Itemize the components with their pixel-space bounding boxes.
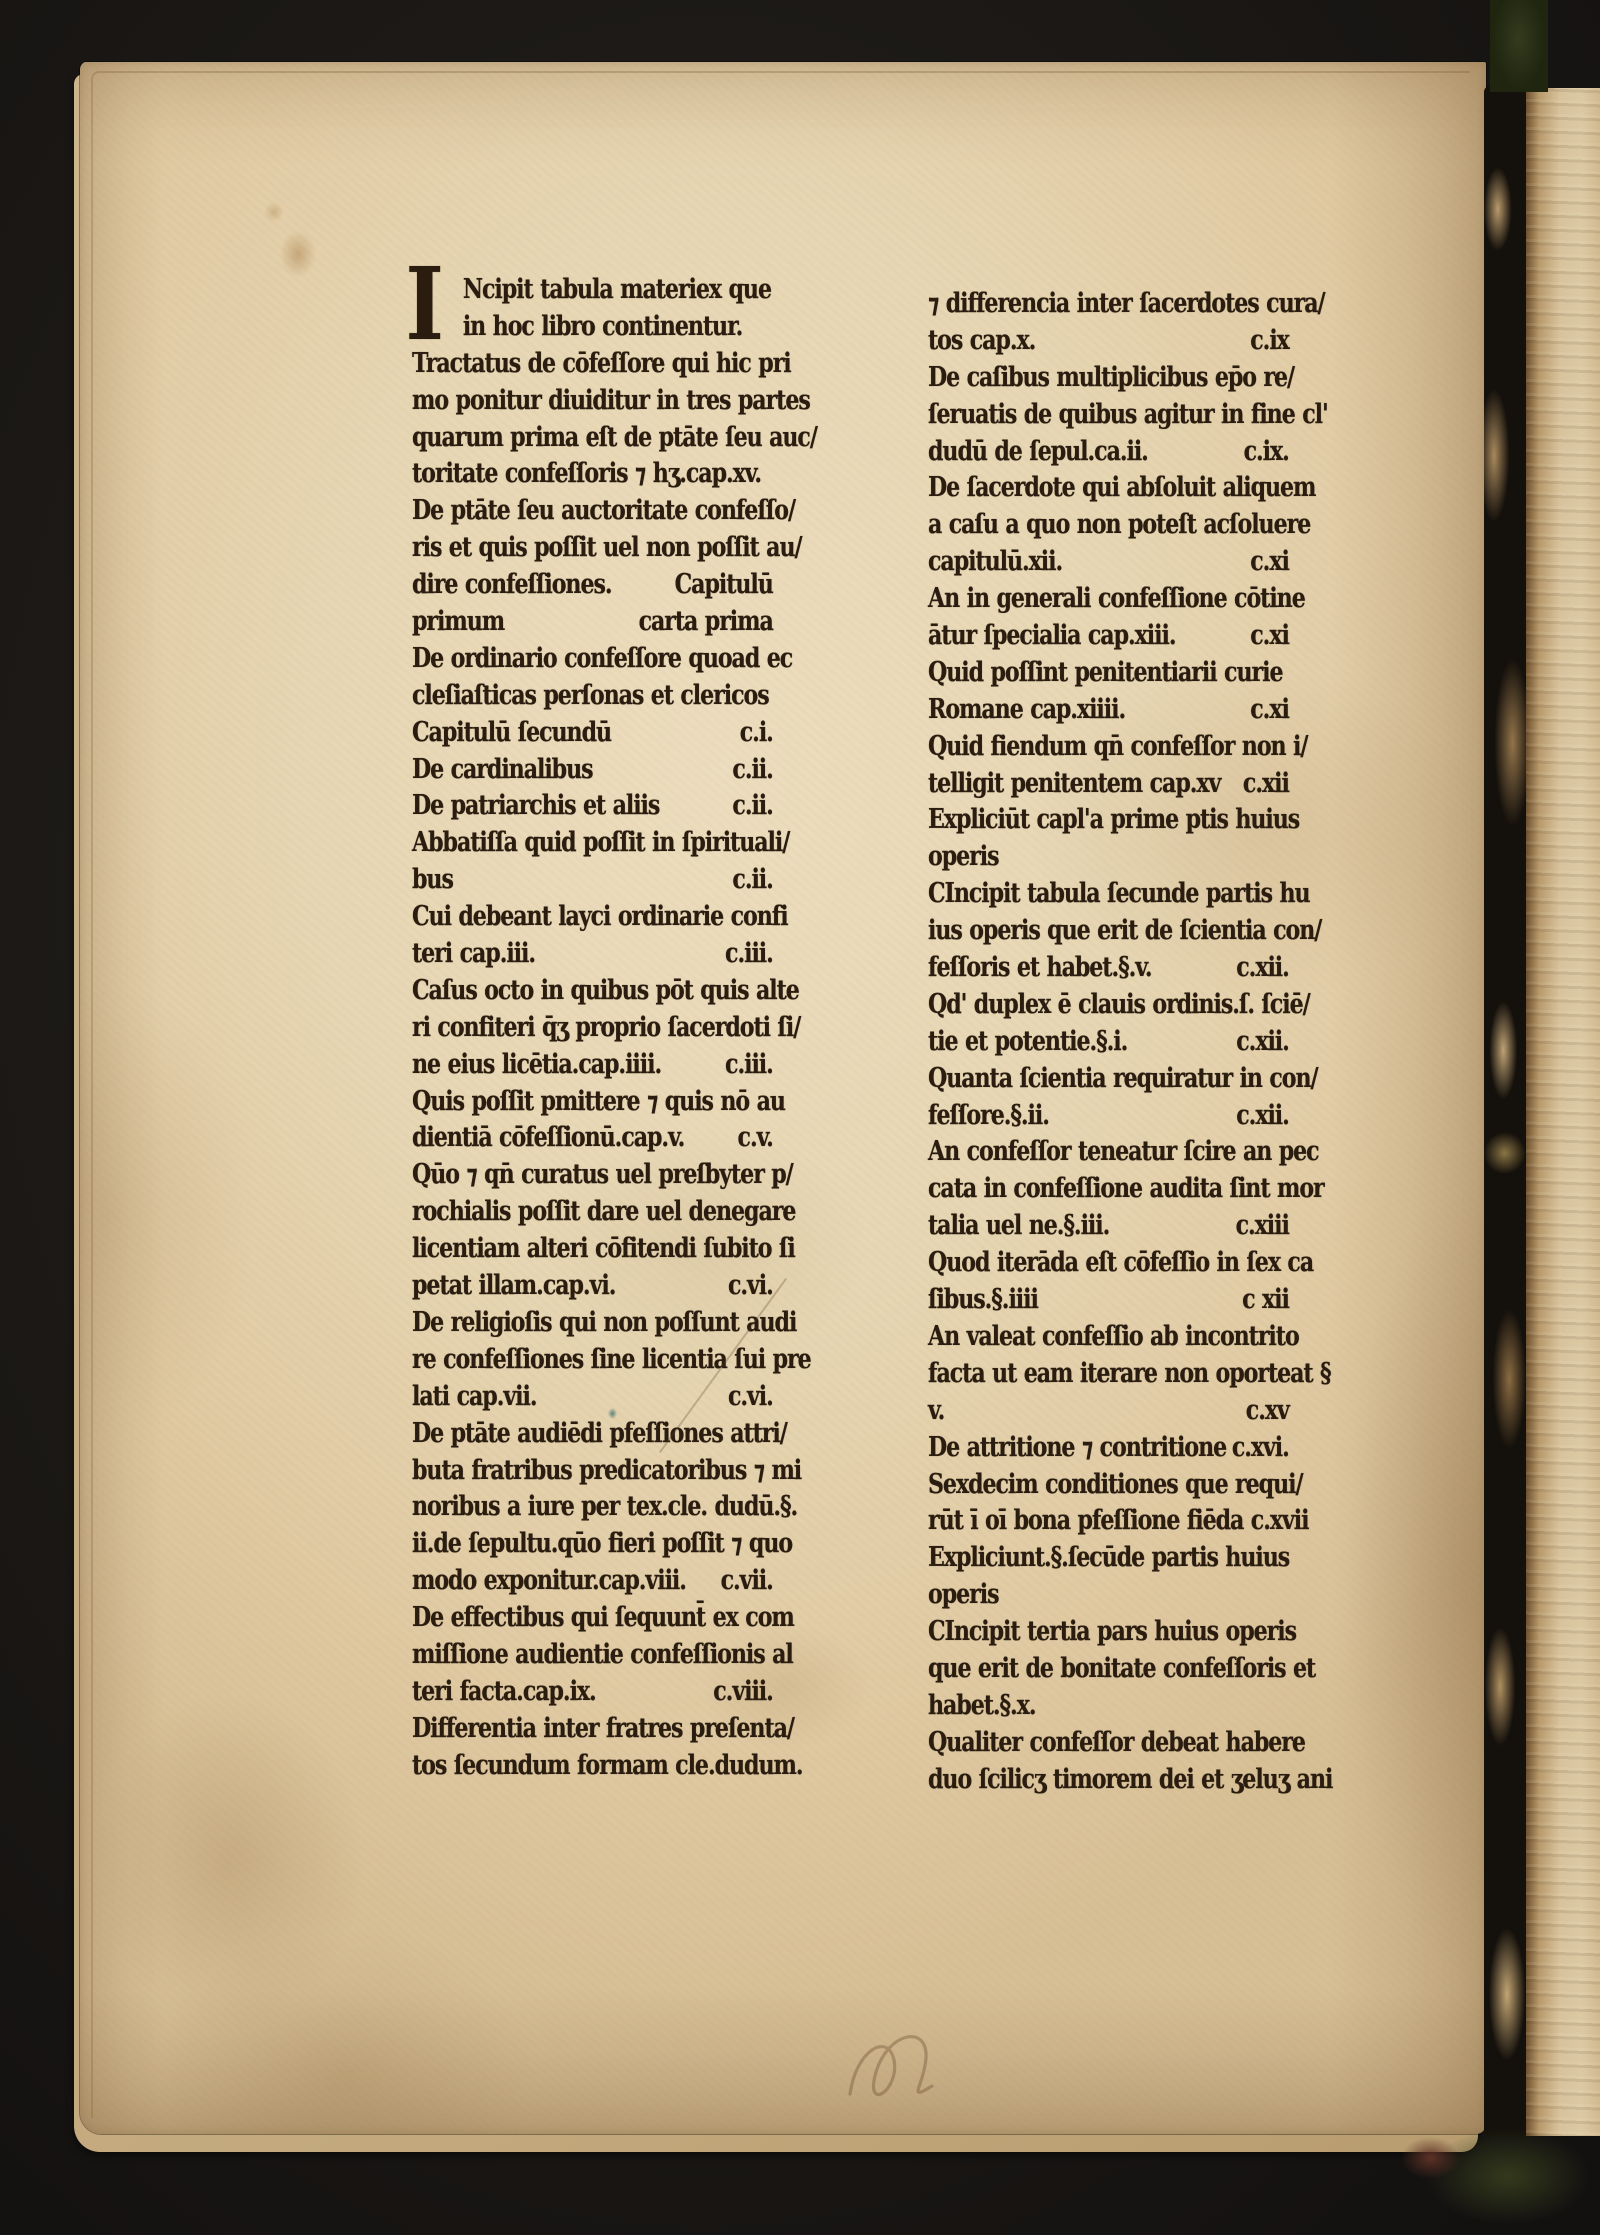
faded-marginalia-squiggle <box>836 2002 986 2132</box>
toc-line-text: Capitulū ſecundū <box>412 715 611 752</box>
toc-line-text: ri confiteri q̄ʒ proprio ſacerdoti ſi/ <box>412 1012 800 1043</box>
toc-line-text: modo exponitur.cap.viii. <box>412 1563 686 1600</box>
toc-line-text: in hoc libro continentur. <box>463 311 742 342</box>
toc-line: ātur ſpecialia cap.xiii.c.xi <box>928 618 1289 655</box>
toc-line: facta ut eam iterare non oporteat § <box>928 1356 1289 1393</box>
toc-line-text: primum <box>412 604 504 641</box>
toc-line: Expliciūt capl'a prime ptis huius <box>928 802 1289 839</box>
toc-line: toritate confeſſoris ⁊ hʒ.cap.xv. <box>412 456 773 493</box>
toc-line-folio-ref: c.vi. <box>728 1379 773 1416</box>
toc-line-text: teri facta.cap.ix. <box>412 1674 596 1711</box>
facing-page-edge <box>1526 88 1600 2136</box>
toc-line-text: CIncipit tabula ſecunde partis hu <box>928 878 1310 909</box>
toc-line-text: cata in confeſſione audita ſint mor <box>928 1173 1324 1204</box>
toc-line: Differentia inter fratres preſenta/ <box>412 1711 773 1748</box>
toc-line-text: ⁊ differencia inter ſacerdotes cura/ <box>928 288 1324 319</box>
book-page: INcipit tabula materiex quein hoc libro … <box>80 62 1486 2134</box>
toc-line-text: Expliciūt capl'a prime ptis huius <box>928 804 1299 835</box>
toc-line-text: dientiā cōfeſſionū.cap.v. <box>412 1120 684 1157</box>
green-felt-bottom <box>1396 2128 1600 2235</box>
toc-line-text: ātur ſpecialia cap.xiii. <box>928 618 1175 655</box>
toc-line: feſſoris et habet.§.v.c.xii. <box>928 950 1289 987</box>
toc-line: rochialis poſſit dare uel denegare <box>412 1194 773 1231</box>
toc-line-text: ii.de ſepultu.qūo fieri poſſit ⁊ quo <box>412 1528 792 1559</box>
toc-line: primumcarta prima <box>412 604 773 641</box>
toc-line-text: telligit penitentem cap.xv <box>928 766 1220 803</box>
toc-line-text: An valeat confeſſio ab incontrito <box>928 1321 1299 1352</box>
toc-line: talia uel ne.§.iii.c.xiii <box>928 1208 1289 1245</box>
toc-line-text: talia uel ne.§.iii. <box>928 1208 1109 1245</box>
toc-line-text: Qualiter confeſſor debeat habere <box>928 1727 1305 1758</box>
toc-line-text: bus <box>412 862 453 899</box>
toc-line-folio-ref: c.ii. <box>732 862 772 899</box>
binding-gutter-damage <box>1484 86 1530 2138</box>
toc-line: Abbatiſſa quid poſſit in ſpirituali/ <box>412 825 773 862</box>
toc-line: que erit de bonitate confeſſoris et <box>928 1651 1289 1688</box>
toc-line-folio-ref: c.xii. <box>1236 950 1289 987</box>
toc-line: ris et quis poſſit uel non poſſit au/ <box>412 530 773 567</box>
toc-line: An confeſſor teneatur ſcire an pec <box>928 1134 1289 1171</box>
toc-line: habet.§.x. <box>928 1688 1289 1725</box>
toc-line-text: De cardinalibus <box>412 752 593 789</box>
toc-line: tos ſecundum formam cle.dudum. <box>412 1748 773 1785</box>
toc-column-left: INcipit tabula materiex quein hoc libro … <box>412 272 773 1785</box>
toc-line: Qualiter confeſſor debeat habere <box>928 1725 1289 1762</box>
toc-line-text: Expliciunt.§.ſecūde partis huius <box>928 1542 1289 1573</box>
toc-line: cata in confeſſione audita ſint mor <box>928 1171 1289 1208</box>
toc-line-text: An confeſſor teneatur ſcire an pec <box>928 1136 1319 1167</box>
toc-line-folio-ref: c.iii. <box>725 936 773 973</box>
toc-line: teri facta.cap.ix.c.viii. <box>412 1674 773 1711</box>
toc-line: operis <box>928 839 1289 876</box>
toc-line-folio-ref: c.i. <box>740 715 773 752</box>
toc-line-text: buta fratribus predicatoribus ⁊ mi <box>412 1455 801 1486</box>
toc-line-text: CIncipit tertia pars huius operis <box>928 1616 1296 1647</box>
toc-line: An in generali confeſſione cōtine <box>928 581 1289 618</box>
toc-line-folio-ref: c.xvi. <box>1232 1430 1289 1467</box>
toc-line: Quanta ſcientia requiratur in con/ <box>928 1061 1289 1098</box>
toc-line-text: De ordinario confeſſore quoad ec <box>412 643 792 674</box>
toc-line: ii.de ſepultu.qūo fieri poſſit ⁊ quo <box>412 1526 773 1563</box>
toc-line-text: a caſu a quo non poteſt acſoluere <box>928 509 1310 540</box>
toc-line-folio-ref: Capitulū <box>675 567 773 604</box>
toc-line-text: Sexdecim conditiones que requi/ <box>928 1469 1302 1500</box>
toc-line: Romane cap.xiiii.c.xi <box>928 692 1289 729</box>
toc-line: busc.ii. <box>412 862 773 899</box>
toc-line-text: De attritione ⁊ contritione <box>928 1430 1226 1467</box>
toc-line: tie et potentie.§.i.c.xii. <box>928 1024 1289 1061</box>
toc-line: rūt ī oī bona pfeſſione fiēda c.xvii <box>928 1503 1289 1540</box>
toc-line: De effectibus qui ſequunt̄ ex com <box>412 1600 773 1637</box>
toc-line-text: capitulū.xii. <box>928 544 1062 581</box>
toc-line-text: operis <box>928 1579 998 1610</box>
toc-line-text: De ſacerdote qui abſoluit aliquem <box>928 472 1315 503</box>
toc-line-text: facta ut eam iterare non oporteat § <box>928 1358 1331 1389</box>
toc-line: ſibus.§.iiiic xii <box>928 1282 1289 1319</box>
toc-line-folio-ref: c.xii. <box>1236 1098 1289 1135</box>
toc-line-folio-ref: c.xv <box>1246 1393 1289 1430</box>
toc-line-text: De patriarchis et aliis <box>412 788 659 825</box>
toc-line: feſſore.§.ii.c.xii. <box>928 1098 1289 1135</box>
toc-line: Tractatus de cōfeſſore qui hic pri <box>412 346 773 383</box>
toc-line-text: ris et quis poſſit uel non poſſit au/ <box>412 532 802 563</box>
toc-line: duo ſcilicʒ timorem dei et ʒeluʒ ani <box>928 1762 1289 1799</box>
toc-line-folio-ref: carta prima <box>639 604 773 641</box>
toc-line: miſſione audientie confeſſionis al <box>412 1637 773 1674</box>
photo-of-incunable-page: { "colors": { "background": "#1c1916", "… <box>0 0 1600 2235</box>
toc-line-folio-ref: c.vi. <box>728 1268 773 1305</box>
toc-line-text: ſeruatis de quibus agitur in fine cl' <box>928 399 1328 430</box>
toc-line-text: Quanta ſcientia requiratur in con/ <box>928 1063 1318 1094</box>
toc-line: De cardinalibusc.ii. <box>412 752 773 789</box>
toc-line-text: De ptāte ſeu auctoritate confeſſo/ <box>412 495 795 526</box>
toc-line: dientiā cōfeſſionū.cap.v.c.v. <box>412 1120 773 1157</box>
toc-line: CIncipit tertia pars huius operis <box>928 1614 1289 1651</box>
toc-line-text: teri cap.iii. <box>412 936 535 973</box>
toc-line-text: re confeſſiones ſine licentia ſui pre <box>412 1344 811 1375</box>
toc-line: licentiam alteri cōfitendi ſubito ſi <box>412 1231 773 1268</box>
toc-line-text: rochialis poſſit dare uel denegare <box>412 1196 795 1227</box>
toc-line-folio-ref: c xii <box>1242 1282 1289 1319</box>
toc-line: ne eius licētia.cap.iiii.c.iii. <box>412 1047 773 1084</box>
toc-line: petat illam.cap.vi.c.vi. <box>412 1268 773 1305</box>
toc-line: De patriarchis et aliisc.ii. <box>412 788 773 825</box>
toc-line-text: tos cap.x. <box>928 323 1035 360</box>
toc-line: quarum prima eſt de ptāte ſeu auc/ <box>412 420 773 457</box>
toc-line-folio-ref: c.iii. <box>725 1047 773 1084</box>
toc-line-text: quarum prima eſt de ptāte ſeu auc/ <box>412 422 817 453</box>
toc-line: in hoc libro continentur. <box>412 309 773 346</box>
toc-line-text: Differentia inter fratres preſenta/ <box>412 1713 794 1744</box>
toc-line-text: Tractatus de cōfeſſore qui hic pri <box>412 348 791 379</box>
toc-line-folio-ref: c.viii. <box>713 1674 773 1711</box>
toc-line: Quid poſſint penitentiarii curie <box>928 655 1289 692</box>
toc-line-text: ſibus.§.iiii <box>928 1282 1038 1319</box>
toc-line: De caſibus multiplicibus ep̄o re/ <box>928 360 1289 397</box>
toc-line: Ncipit tabula materiex que <box>412 272 773 309</box>
toc-line-text: Caſus octo in quibus pōt quis alte <box>412 975 799 1006</box>
toc-line-folio-ref: c.xii <box>1243 766 1289 803</box>
toc-line: CIncipit tabula ſecunde partis hu <box>928 876 1289 913</box>
toc-line: De ordinario confeſſore quoad ec <box>412 641 773 678</box>
toc-line-text: rūt ī oī bona pfeſſione fiēda c.xvii <box>928 1505 1308 1536</box>
toc-line: operis <box>928 1577 1289 1614</box>
toc-line: capitulū.xii.c.xi <box>928 544 1289 581</box>
toc-line-text: De effectibus qui ſequunt̄ ex com <box>412 1602 794 1633</box>
toc-line-folio-ref: c.v. <box>738 1120 773 1157</box>
toc-line-text: operis <box>928 841 998 872</box>
toc-line: De ptāte audiēdi pfeſſiones attri/ <box>412 1416 773 1453</box>
toc-line-text: tos ſecundum formam cle.dudum. <box>412 1750 802 1781</box>
toc-line: modo exponitur.cap.viii.c.vii. <box>412 1563 773 1600</box>
toc-line-text: Romane cap.xiiii. <box>928 692 1125 729</box>
toc-line-text: Quid poſſint penitentiarii curie <box>928 657 1282 688</box>
toc-line: ius operis que erit de ſcientia con/ <box>928 913 1289 950</box>
toc-line: a caſu a quo non poteſt acſoluere <box>928 507 1289 544</box>
toc-line-folio-ref: c.ix. <box>1244 434 1289 471</box>
toc-line-text: feſſore.§.ii. <box>928 1098 1049 1135</box>
toc-line-text: mo ponitur diuiditur in tres partes <box>412 385 810 416</box>
toc-column-right: ⁊ differencia inter ſacerdotes cura/tos … <box>928 286 1289 1799</box>
toc-line: An valeat confeſſio ab incontrito <box>928 1319 1289 1356</box>
toc-line: Quis poſſit pmittere ⁊ quis nō au <box>412 1084 773 1121</box>
toc-line-folio-ref: c.xi <box>1250 618 1289 655</box>
toc-line-text: Abbatiſſa quid poſſit in ſpirituali/ <box>412 827 789 858</box>
toc-line-text: De caſibus multiplicibus ep̄o re/ <box>928 362 1294 393</box>
toc-line: De ptāte ſeu auctoritate confeſſo/ <box>412 493 773 530</box>
toc-line: telligit penitentem cap.xvc.xii <box>928 766 1289 803</box>
toc-line-text: ne eius licētia.cap.iiii. <box>412 1047 661 1084</box>
toc-line: De religioſis qui non poſſunt audi <box>412 1305 773 1342</box>
toc-line: tos cap.x.c.ix <box>928 323 1289 360</box>
toc-line-text: lati cap.vii. <box>412 1379 536 1416</box>
toc-line-text: petat illam.cap.vi. <box>412 1268 615 1305</box>
toc-line-text: feſſoris et habet.§.v. <box>928 950 1151 987</box>
toc-line-text: Quod iterāda eſt cōfeſſio in ſex ca <box>928 1247 1313 1278</box>
toc-line: Quid fiendum qn̄ confeſſor non i/ <box>928 729 1289 766</box>
toc-line-text: licentiam alteri cōfitendi ſubito ſi <box>412 1233 795 1264</box>
toc-line-text: Quid fiendum qn̄ confeſſor non i/ <box>928 731 1307 762</box>
blue-ink-speck <box>608 1408 617 1419</box>
toc-line: mo ponitur diuiditur in tres partes <box>412 383 773 420</box>
toc-line: dudū de ſepul.ca.ii.c.ix. <box>928 434 1289 471</box>
toc-line: Qūo ⁊ qn̄ curatus uel preſbyter p/ <box>412 1157 773 1194</box>
toc-line-text: Cui debeant layci ordinarie confi <box>412 901 788 932</box>
toc-line-text: De ptāte audiēdi pfeſſiones attri/ <box>412 1418 787 1449</box>
toc-line-folio-ref: c.xiii <box>1236 1208 1289 1245</box>
toc-line-folio-ref: c.vii. <box>721 1563 773 1600</box>
toc-line-folio-ref: c.ii. <box>732 752 772 789</box>
toc-line: Capitulū ſecundūc.i. <box>412 715 773 752</box>
toc-line: teri cap.iii.c.iii. <box>412 936 773 973</box>
green-felt-top <box>1490 0 1548 92</box>
toc-line-text: Quis poſſit pmittere ⁊ quis nō au <box>412 1086 785 1117</box>
toc-line-text: habet.§.x. <box>928 1690 1035 1721</box>
toc-line: re confeſſiones ſine licentia ſui pre <box>412 1342 773 1379</box>
toc-line: cleſiaſticas perſonas et clericos <box>412 678 773 715</box>
toc-line-folio-ref: c.ii. <box>732 788 772 825</box>
toc-line-text: Qd' duplex ē clauis ordinis.ſ. ſciē/ <box>928 989 1310 1020</box>
toc-line-folio-ref: c.ix <box>1250 323 1289 360</box>
toc-line-text: que erit de bonitate confeſſoris et <box>928 1653 1315 1684</box>
drop-cap-initial: I <box>405 264 443 344</box>
toc-line: Quod iterāda eſt cōfeſſio in ſex ca <box>928 1245 1289 1282</box>
toc-line: ⁊ differencia inter ſacerdotes cura/ <box>928 286 1289 323</box>
toc-line-text: toritate confeſſoris ⁊ hʒ.cap.xv. <box>412 458 761 489</box>
toc-line: noribus a iure per tex.cle. dudū.§. <box>412 1489 773 1526</box>
toc-line: buta fratribus predicatoribus ⁊ mi <box>412 1453 773 1490</box>
toc-line-text: ius operis que erit de ſcientia con/ <box>928 915 1321 946</box>
toc-line: Sexdecim conditiones que requi/ <box>928 1467 1289 1504</box>
toc-line-text: tie et potentie.§.i. <box>928 1024 1127 1061</box>
toc-line-text: noribus a iure per tex.cle. dudū.§. <box>412 1491 797 1522</box>
toc-line-folio-ref: c.xi <box>1250 692 1289 729</box>
toc-line-text: dire confeſſiones. <box>412 567 612 604</box>
toc-line: Caſus octo in quibus pōt quis alte <box>412 973 773 1010</box>
toc-line-folio-ref: c.xii. <box>1236 1024 1289 1061</box>
toc-line: Qd' duplex ē clauis ordinis.ſ. ſciē/ <box>928 987 1289 1024</box>
toc-line: De attritione ⁊ contritionec.xvi. <box>928 1430 1289 1467</box>
toc-line-text: duo ſcilicʒ timorem dei et ʒeluʒ ani <box>928 1764 1332 1795</box>
toc-line-text: v. <box>928 1393 944 1430</box>
toc-line: dire confeſſiones.Capitulū <box>412 567 773 604</box>
toc-line: Cui debeant layci ordinarie confi <box>412 899 773 936</box>
toc-line-folio-ref: c.xi <box>1250 544 1289 581</box>
toc-line-text: miſſione audientie confeſſionis al <box>412 1639 793 1670</box>
toc-line-text: Qūo ⁊ qn̄ curatus uel preſbyter p/ <box>412 1159 793 1190</box>
toc-line-text: An in generali confeſſione cōtine <box>928 583 1305 614</box>
toc-line: De ſacerdote qui abſoluit aliquem <box>928 470 1289 507</box>
toc-line-text: Ncipit tabula materiex que <box>463 274 771 305</box>
toc-line: lati cap.vii.c.vi. <box>412 1379 773 1416</box>
toc-line: Expliciunt.§.ſecūde partis huius <box>928 1540 1289 1577</box>
toc-line-text: De religioſis qui non poſſunt audi <box>412 1307 796 1338</box>
toc-line-text: cleſiaſticas perſonas et clericos <box>412 680 769 711</box>
toc-line: v.c.xv <box>928 1393 1289 1430</box>
toc-line: ſeruatis de quibus agitur in fine cl' <box>928 397 1289 434</box>
toc-line: ri confiteri q̄ʒ proprio ſacerdoti ſi/ <box>412 1010 773 1047</box>
toc-line-text: dudū de ſepul.ca.ii. <box>928 434 1148 471</box>
